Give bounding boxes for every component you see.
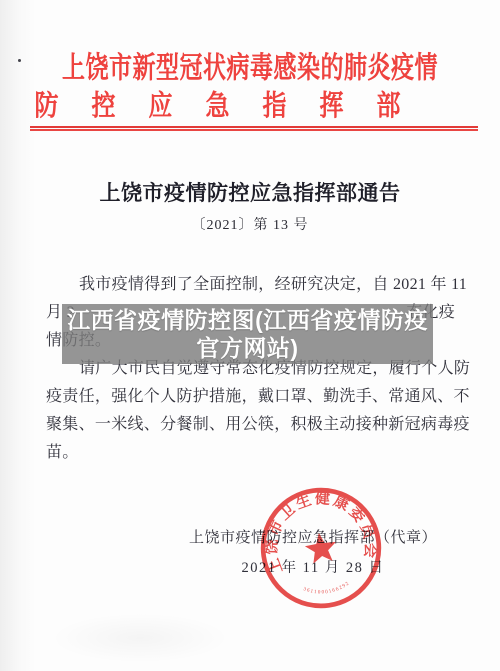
watermark-line2: 官方网站) [196,334,298,362]
paragraph2-line2: 疫责任，强化个人防护措施，戴口罩、勤洗手、常通风、不 [46,383,455,411]
letterhead-line1: 上饶市新型冠状病毒感染的肺炎疫情 [0,44,500,86]
paragraph1-line1: 我市疫情得到了全面控制，经研究决定，自 2021 年 11 [46,271,455,299]
scanned-notice-page: 上饶市新型冠状病毒感染的肺炎疫情 防控应急指挥部 上饶市疫情防控应急指挥部通告 … [0,0,500,671]
official-seal-stamp: 上饶市卫生健康委员会 3611000166292 [251,478,391,618]
seal-code-text: 3611000166292 [302,580,352,599]
paragraph2-line4: 苗。 [46,439,455,467]
doc-number: 〔2021〕第 13 号 [0,214,500,234]
notice-body: 我市疫情得到了全面控制，经研究决定，自 2021 年 11 月 2 态化疫 情防… [46,271,455,467]
notice-title: 上饶市疫情防控应急指挥部通告 [0,177,500,207]
watermark-overlay: 江西省疫情防控图(江西省疫情防疫 官方网站) [62,304,433,364]
scan-smudge [50,613,230,663]
letterhead-divider [30,126,478,131]
seal-star-icon [303,530,338,564]
seal-org-text: 上饶市卫生健康委员会 [254,482,382,577]
letterhead-line2: 防控应急指挥部 [0,82,484,123]
paragraph2-line3: 聚集、一米线、分餐制、用公筷，积极主动接种新冠病毒疫 [46,411,455,439]
watermark-line1: 江西省疫情防控图(江西省疫情防疫 [67,306,428,334]
